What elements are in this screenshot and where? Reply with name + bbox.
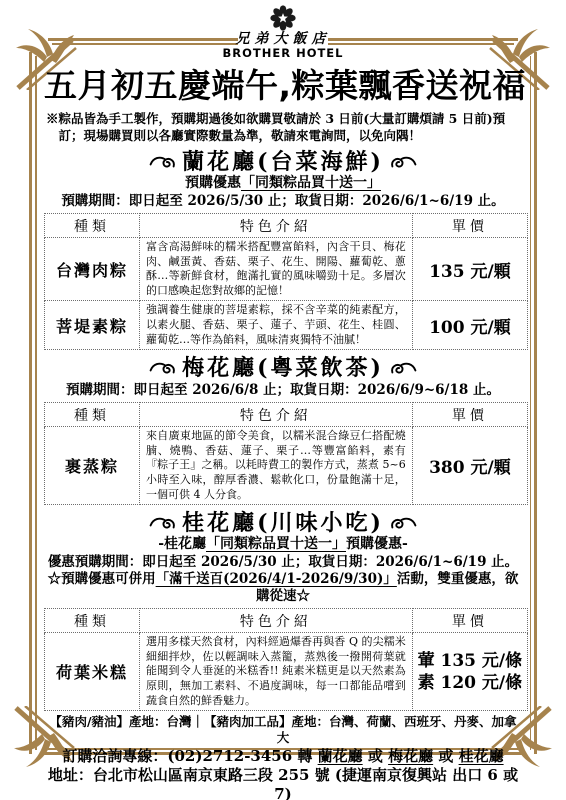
table-row: 台灣肉粽 富含高湯鮮味的糯米搭配豐富餡料，內含干貝、梅花肉、鹹蛋黃、香菇、栗子、… (45, 238, 528, 301)
flourish-icon (390, 515, 417, 532)
plum-blossom-logo-icon (269, 4, 297, 32)
frame-left-outer-line (29, 52, 32, 754)
flourish-icon (390, 154, 417, 171)
frame-left-inner-line (35, 56, 37, 750)
flyer-body: 兄弟大飯店 BROTHER HOTEL 五月初五慶端午,粽葉飄香送祝福 ※粽品皆… (44, 4, 522, 800)
meat-origin-note: 【豬肉/豬油】產地：台灣｜【豬肉加工品】產地：台灣、荷蘭、西班牙、丹麥、加拿大 (44, 714, 522, 746)
osmanthus-period-line: 優惠預購期間：即日起至 2026/5/30 止；取貨日期：2026/6/1~6/… (44, 554, 522, 571)
promo-underlined: 「同類粽品買十送一」 (241, 175, 381, 191)
product-price: 380 元/顆 (412, 427, 527, 505)
plum-products-table: 種類 特色介紹 單價 裹蒸粽 來自廣東地區的節令美食，以糯米混合綠豆仁搭配燒腩、… (44, 402, 528, 505)
col-header-price: 單價 (412, 214, 527, 238)
hall-orchid: 蘭花廳 (318, 747, 363, 765)
table-header-row: 種類 特色介紹 單價 (45, 609, 528, 633)
col-header-desc: 特色介紹 (139, 214, 412, 238)
frame-right-outer-line (534, 52, 537, 754)
flourish-icon (390, 360, 417, 377)
section-name: 蘭花廳(台菜海鮮) (182, 149, 384, 175)
hotel-name-chinese: 兄弟大飯店 (44, 32, 522, 47)
section-title-plum-hall: 梅花廳(粵菜飲茶) (44, 355, 522, 381)
product-price: 葷 135 元/條 素 120 元/條 (412, 633, 527, 711)
col-header-type: 種類 (45, 403, 140, 427)
section-name: 桂花廳(川味小吃) (182, 510, 384, 536)
orchid-products-table: 種類 特色介紹 單價 台灣肉粽 富含高湯鮮味的糯米搭配豐富餡料，內含干貝、梅花肉… (44, 213, 528, 350)
handmade-notice: ※粽品皆為手工製作，預購期過後如欲購買敬請於 3 日前(大量訂購煩請 5 日前)… (46, 110, 520, 144)
product-description: 強調養生健康的菩堤素粽，採不含辛菜的純素配方，以素火腿、香菇、栗子、蓮子、芋頭、… (139, 301, 412, 350)
address-line: 地址：台北市松山區南京東路三段 255 號 (捷運南京復興站 出口 6 或 7) (44, 766, 522, 800)
product-price: 135 元/顆 (412, 238, 527, 301)
col-header-price: 單價 (412, 403, 527, 427)
section-name: 梅花廳(粵菜飲茶) (182, 355, 384, 381)
col-header-desc: 特色介紹 (139, 403, 412, 427)
section-title-osmanthus-hall: 桂花廳(川味小吃) (44, 510, 522, 536)
flourish-icon (149, 154, 176, 171)
table-row: 菩堤素粽 強調養生健康的菩堤素粽，採不含辛菜的純素配方，以素火腿、香菇、栗子、蓮… (45, 301, 528, 350)
frame-right-inner-line (530, 56, 532, 750)
orchid-period-line: 預購期間：即日起至 2026/5/30 止；取貨日期：2026/6/1~6/19… (44, 193, 522, 210)
hall-osmanthus: 桂花廳 (459, 747, 504, 765)
combined-offer-line: ☆預購優惠可併用「滿千送百(2026/4/1-2026/9/30)」活動，雙重優… (44, 571, 522, 605)
price-vegetarian: 素 120 元/條 (417, 672, 523, 694)
table-row: 荷葉米糕 選用多樣天然食材，內料經過爆香再與香 Q 的尖糯米細細拌炒，佐以輕調味… (45, 633, 528, 711)
product-description: 富含高湯鮮味的糯米搭配豐富餡料，內含干貝、梅花肉、鹹蛋黃、香菇、栗子、花生、開陽… (139, 238, 412, 301)
flourish-icon (149, 360, 176, 377)
product-description: 來自廣東地區的節令美食，以糯米混合綠豆仁搭配燒腩、燒鴨、香菇、蓮子、栗子…等豐富… (139, 427, 412, 505)
table-header-row: 種類 特色介紹 單價 (45, 403, 528, 427)
promo-underlined: 「同類粽品買十送一」 (206, 536, 346, 552)
table-row: 裹蒸粽 來自廣東地區的節令美食，以糯米混合綠豆仁搭配燒腩、燒鴨、香菇、蓮子、栗子… (45, 427, 528, 505)
table-header-row: 種類 特色介紹 單價 (45, 214, 528, 238)
price-meat: 葷 135 元/條 (417, 650, 523, 672)
col-header-type: 種類 (45, 214, 140, 238)
col-header-price: 單價 (412, 609, 527, 633)
offer-underlined: 「滿千送百(2026/4/1-2026/9/30)」 (156, 571, 397, 587)
osmanthus-products-table: 種類 特色介紹 單價 荷葉米糕 選用多樣天然食材，內料經過爆香再與香 Q 的尖糯… (44, 608, 528, 711)
product-name: 裹蒸粽 (45, 427, 140, 505)
hotel-name-english: BROTHER HOTEL (44, 47, 522, 60)
order-hotline-line: 訂購洽詢專線：(02)2712-3456 轉 蘭花廳 或 梅花廳 或 桂花廳 (44, 747, 522, 766)
hall-plum: 梅花廳 (388, 747, 433, 765)
flourish-icon (149, 515, 176, 532)
product-name: 菩堤素粽 (45, 301, 140, 350)
plum-period-line: 預購期間：即日起至 2026/6/8 止；取貨日期：2026/6/9~6/18 … (44, 382, 522, 399)
col-header-desc: 特色介紹 (139, 609, 412, 633)
section-title-orchid-hall: 蘭花廳(台菜海鮮) (44, 149, 522, 175)
product-price: 100 元/顆 (412, 301, 527, 350)
page-title: 五月初五慶端午,粽葉飄香送祝福 (44, 65, 522, 107)
col-header-type: 種類 (45, 609, 140, 633)
orchid-promo-line: 預購優惠「同類粽品買十送一」 (44, 175, 522, 192)
osmanthus-sub-promo: -桂花廳「同類粽品買十送一」預購優惠- (44, 536, 522, 553)
product-name: 台灣肉粽 (45, 238, 140, 301)
product-description: 選用多樣天然食材，內料經過爆香再與香 Q 的尖糯米細細拌炒，佐以輕調味入蒸籠，蒸… (139, 633, 412, 711)
product-name: 荷葉米糕 (45, 633, 140, 711)
